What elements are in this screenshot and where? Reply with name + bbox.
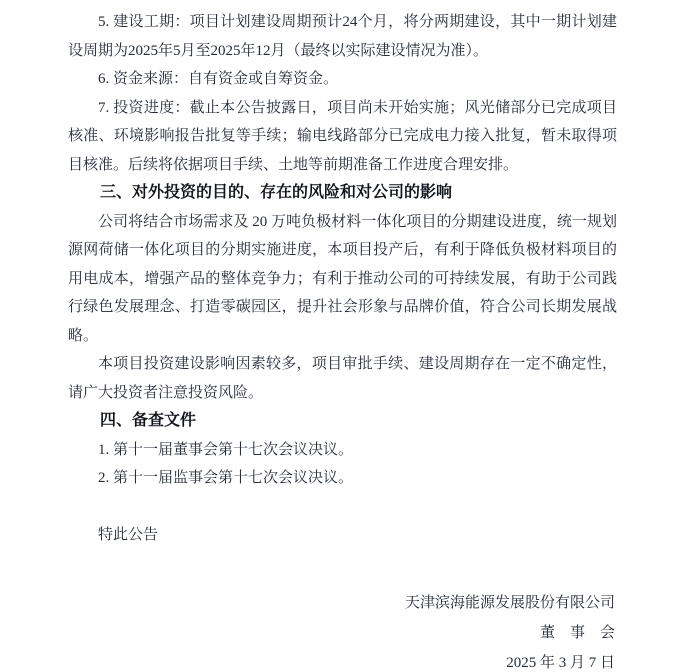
signature-date: 2025 年 3 月 7 日 — [68, 648, 615, 672]
signature-board: 董 事 会 — [68, 618, 615, 648]
document-paragraph: 5. 建设工期：项目计划建设周期预计24个月，将分两期建设，其中一期计划建设周期… — [68, 8, 617, 65]
signature-block: 天津滨海能源发展股份有限公司 董 事 会 2025 年 3 月 7 日 — [68, 588, 617, 672]
document-paragraph: 公司将结合市场需求及 20 万吨负极材料一体化项目的分期建设进度，统一规划源网荷… — [68, 208, 617, 351]
document-paragraph: 本项目投资建设影响因素较多，项目审批手续、建设周期存在一定不确定性，请广大投资者… — [68, 350, 617, 407]
signature-company-name: 天津滨海能源发展股份有限公司 — [68, 588, 615, 618]
document-paragraph: 6. 资金来源：自有资金或自筹资金。 — [68, 65, 617, 94]
section-heading: 三、对外投资的目的、存在的风险和对公司的影响 — [68, 179, 617, 208]
document-body: 5. 建设工期：项目计划建设周期预计24个月，将分两期建设，其中一期计划建设周期… — [68, 8, 617, 493]
document-paragraph: 7. 投资进度：截止本公告披露日，项目尚未开始实施；风光储部分已完成项目核准、环… — [68, 94, 617, 180]
closing-statement: 特此公告 — [68, 521, 617, 550]
section-heading: 四、备查文件 — [68, 407, 617, 436]
list-item: 1. 第十一届董事会第十七次会议决议。 — [68, 436, 617, 465]
announcement-page: 5. 建设工期：项目计划建设周期预计24个月，将分两期建设，其中一期计划建设周期… — [0, 0, 685, 672]
list-item: 2. 第十一届监事会第十七次会议决议。 — [68, 464, 617, 493]
